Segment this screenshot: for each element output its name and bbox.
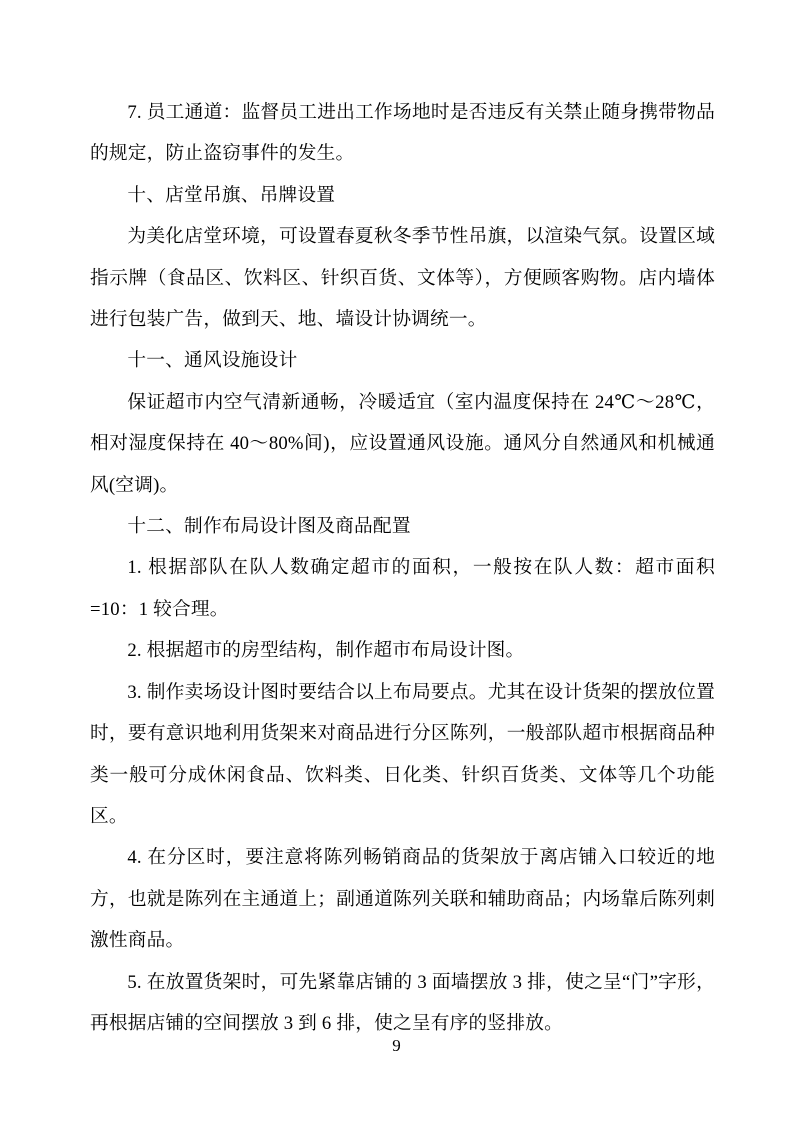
- document-page: 7. 员工通道：监督员工进出工作场地时是否违反有关禁止随身携带物品的规定，防止盗…: [0, 0, 793, 1122]
- section-heading-12-layout-plan: 十二、制作布局设计图及商品配置: [90, 506, 715, 547]
- paragraph-item-1-area-ratio: 1. 根据部队在队人数确定超市的面积，一般按在队人数：超市面积=10：1 较合理…: [90, 547, 715, 630]
- paragraph-item-5-shelf-rows: 5. 在放置货架时，可先紧靠店铺的 3 面墙摆放 3 排，使之呈“门”字形，再根…: [90, 962, 715, 1045]
- page-number: 9: [0, 1034, 793, 1058]
- paragraph-item-7-employee-channel: 7. 员工通道：监督员工进出工作场地时是否违反有关禁止随身携带物品的规定，防止盗…: [90, 92, 715, 175]
- section-heading-10-hanging-flags: 十、店堂吊旗、吊牌设置: [90, 175, 715, 216]
- paragraph-item-2-layout-drawing: 2. 根据超市的房型结构，制作超市布局设计图。: [90, 630, 715, 671]
- paragraph-store-decoration: 为美化店堂环境，可设置春夏秋冬季节性吊旗，以渲染气氛。设置区域指示牌（食品区、饮…: [90, 216, 715, 340]
- section-heading-11-ventilation: 十一、通风设施设计: [90, 340, 715, 381]
- paragraph-ventilation-detail: 保证超市内空气清新通畅，冷暖适宜（室内温度保持在 24℃～28℃，相对湿度保持在…: [90, 382, 715, 506]
- document-body: 7. 员工通道：监督员工进出工作场地时是否违反有关禁止随身携带物品的规定，防止盗…: [90, 92, 715, 1044]
- paragraph-item-3-zoning-display: 3. 制作卖场设计图时要结合以上布局要点。尤其在设计货架的摆放位置时，要有意识地…: [90, 672, 715, 838]
- paragraph-item-4-shelf-placement: 4. 在分区时，要注意将陈列畅销商品的货架放于离店铺入口较近的地方，也就是陈列在…: [90, 837, 715, 961]
